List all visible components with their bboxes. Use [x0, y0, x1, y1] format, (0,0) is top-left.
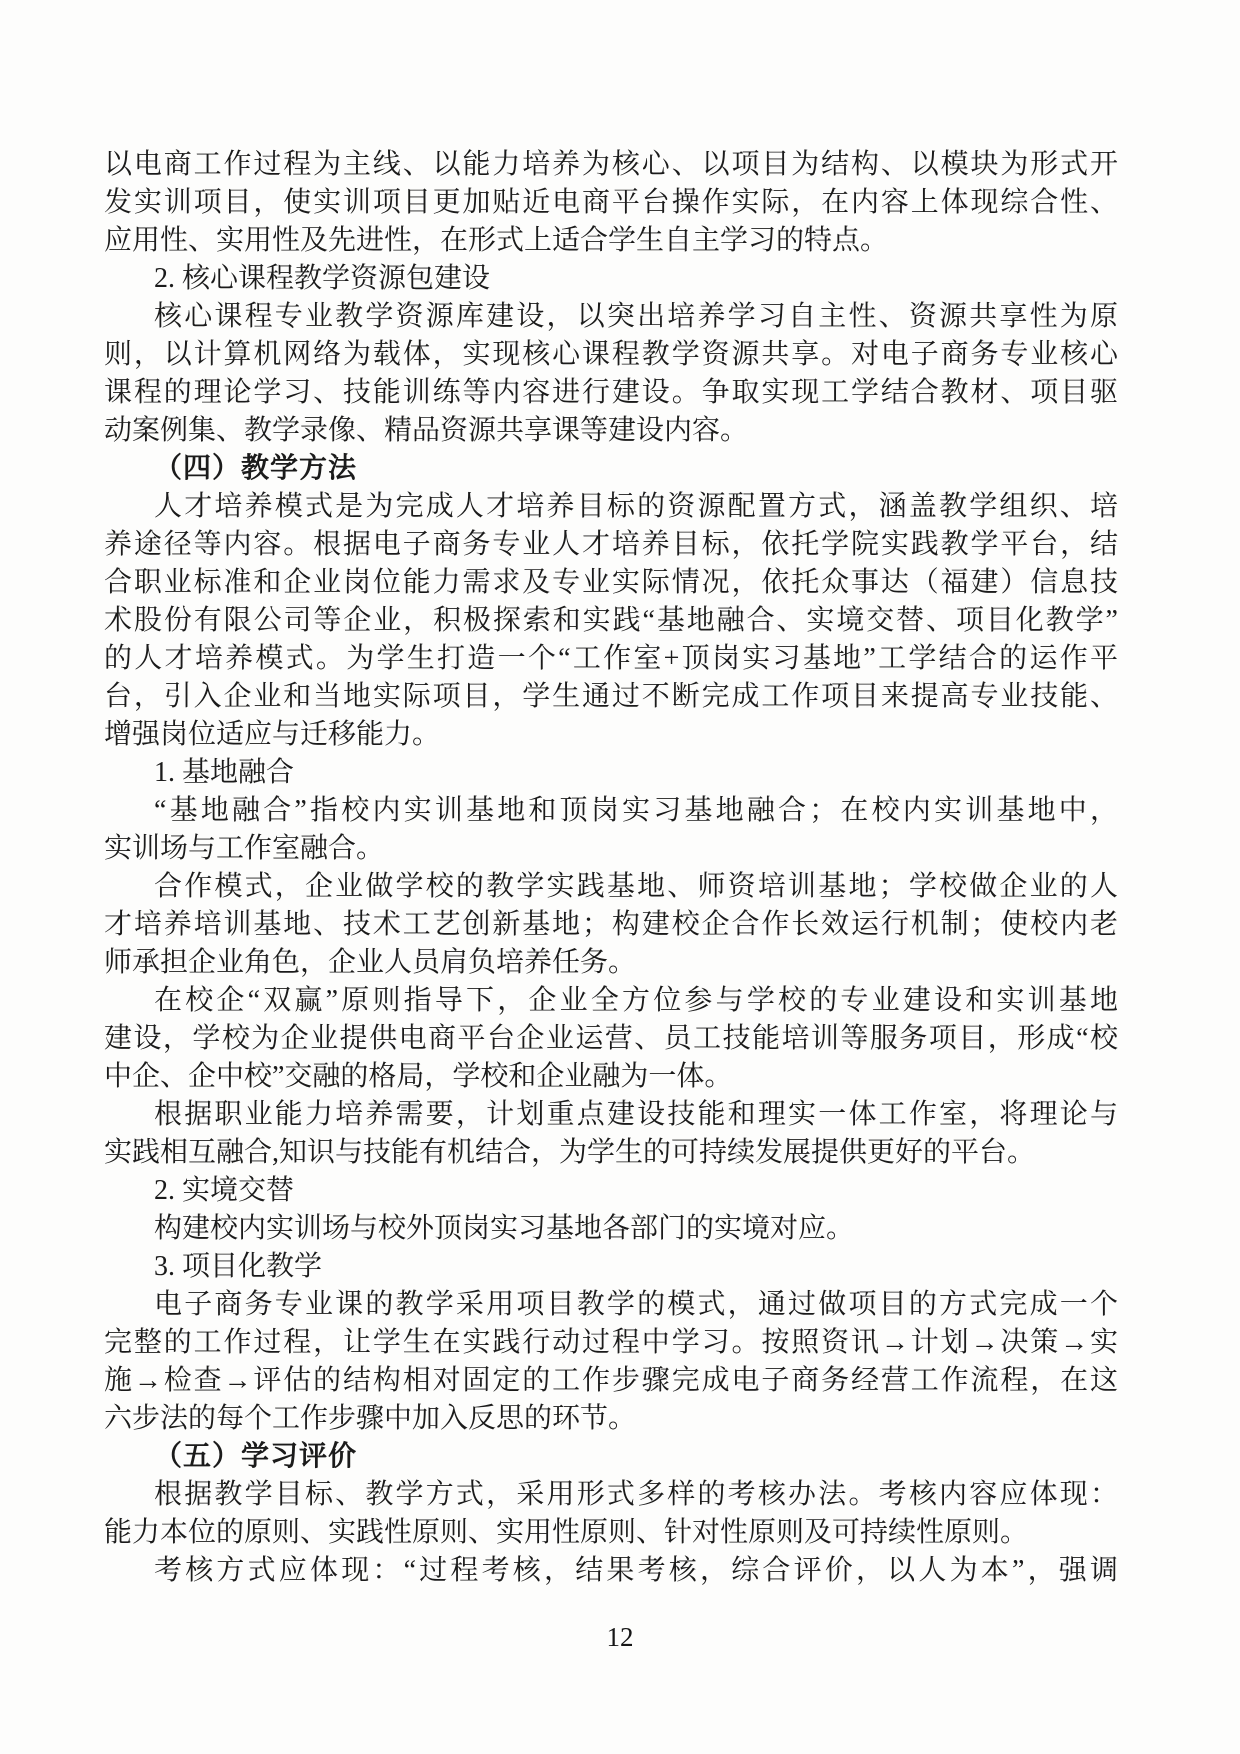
- numbered-heading: 2. 核心课程教学资源包建设: [104, 260, 1118, 298]
- paragraph: 根据职业能力培养需要，计划重点建设技能和理实一体工作室，将理论与实践相互融合,知…: [104, 1096, 1118, 1172]
- paragraph: 人才培养模式是为完成人才培养目标的资源配置方式，涵盖教学组织、培养途径等内容。根…: [104, 488, 1118, 754]
- section-heading: （五）学习评价: [104, 1438, 1118, 1476]
- text-line: 根据职业能力培养需要，计划重点建设技能和理实一体工作室，将理论与: [104, 1096, 1118, 1134]
- numbered-heading: 1. 基地融合: [104, 754, 1118, 792]
- text-line: 师承担企业角色，企业人员肩负培养任务。: [104, 944, 1118, 982]
- text-line: 1. 基地融合: [104, 754, 1118, 792]
- text-line: 电子商务专业课的教学采用项目教学的模式，通过做项目的方式完成一个: [104, 1286, 1118, 1324]
- text-line: 能力本位的原则、实践性原则、实用性原则、针对性原则及可持续性原则。: [104, 1514, 1118, 1552]
- text-line: 发实训项目，使实训项目更加贴近电商平台操作实际，在内容上体现综合性、: [104, 184, 1118, 222]
- text-line: 六步法的每个工作步骤中加入反思的环节。: [104, 1400, 1118, 1438]
- text-line: 核心课程专业教学资源库建设，以突出培养学习自主性、资源共享性为原: [104, 298, 1118, 336]
- text-line: 应用性、实用性及先进性，在形式上适合学生自主学习的特点。: [104, 222, 1118, 260]
- text-line: 合职业标准和企业岗位能力需求及专业实际情况，依托众事达（福建）信息技: [104, 564, 1118, 602]
- text-line: 课程的理论学习、技能训练等内容进行建设。争取实现工学结合教材、项目驱: [104, 374, 1118, 412]
- text-line: 建设，学校为企业提供电商平台企业运营、员工技能培训等服务项目，形成“校: [104, 1020, 1118, 1058]
- text-line: 3. 项目化教学: [104, 1248, 1118, 1286]
- text-line: 台，引入企业和当地实际项目，学生通过不断完成工作项目来提高专业技能、: [104, 678, 1118, 716]
- paragraph: 构建校内实训场与校外顶岗实习基地各部门的实境对应。: [104, 1210, 1118, 1248]
- text-line: （四）教学方法: [104, 450, 1118, 488]
- text-line: 术股份有限公司等企业，积极探索和实践“基地融合、实境交替、项目化教学”: [104, 602, 1118, 640]
- numbered-heading: 3. 项目化教学: [104, 1248, 1118, 1286]
- text-line: 实训场与工作室融合。: [104, 830, 1118, 868]
- paragraph: 电子商务专业课的教学采用项目教学的模式，通过做项目的方式完成一个完整的工作过程，…: [104, 1286, 1118, 1438]
- text-line: 动案例集、教学录像、精品资源共享课等建设内容。: [104, 412, 1118, 450]
- text-line: 施→检查→评估的结构相对固定的工作步骤完成电子商务经营工作流程，在这: [104, 1362, 1118, 1400]
- text-line: 的人才培养模式。为学生打造一个“工作室+顶岗实习基地”工学结合的运作平: [104, 640, 1118, 678]
- text-line: 2. 核心课程教学资源包建设: [104, 260, 1118, 298]
- paragraph: “基地融合”指校内实训基地和顶岗实习基地融合；在校内实训基地中，实训场与工作室融…: [104, 792, 1118, 868]
- text-line: 则，以计算机网络为载体，实现核心课程教学资源共享。对电子商务专业核心: [104, 336, 1118, 374]
- text-line: 养途径等内容。根据电子商务专业人才培养目标，依托学院实践教学平台，结: [104, 526, 1118, 564]
- text-line: 中企、企中校”交融的格局，学校和企业融为一体。: [104, 1058, 1118, 1096]
- paragraph: 在校企“双赢”原则指导下，企业全方位参与学校的专业建设和实训基地建设，学校为企业…: [104, 982, 1118, 1096]
- text-line: 增强岗位适应与迁移能力。: [104, 716, 1118, 754]
- document-page: 以电商工作过程为主线、以能力培养为核心、以项目为结构、以模块为形式开发实训项目，…: [0, 0, 1240, 1754]
- document-body: 以电商工作过程为主线、以能力培养为核心、以项目为结构、以模块为形式开发实训项目，…: [104, 146, 1118, 1590]
- text-line: 根据教学目标、教学方式，采用形式多样的考核办法。考核内容应体现：: [104, 1476, 1118, 1514]
- text-line: 构建校内实训场与校外顶岗实习基地各部门的实境对应。: [104, 1210, 1118, 1248]
- text-line: 以电商工作过程为主线、以能力培养为核心、以项目为结构、以模块为形式开: [104, 146, 1118, 184]
- text-line: 才培养培训基地、技术工艺创新基地；构建校企合作长效运行机制；使校内老: [104, 906, 1118, 944]
- page-number: 12: [0, 1621, 1240, 1653]
- text-line: “基地融合”指校内实训基地和顶岗实习基地融合；在校内实训基地中，: [104, 792, 1118, 830]
- text-line: 实践相互融合,知识与技能有机结合，为学生的可持续发展提供更好的平台。: [104, 1134, 1118, 1172]
- numbered-heading: 2. 实境交替: [104, 1172, 1118, 1210]
- paragraph: 以电商工作过程为主线、以能力培养为核心、以项目为结构、以模块为形式开发实训项目，…: [104, 146, 1118, 260]
- text-line: 2. 实境交替: [104, 1172, 1118, 1210]
- text-line: 考核方式应体现：“过程考核，结果考核，综合评价，以人为本”，强调: [104, 1552, 1118, 1590]
- text-line: （五）学习评价: [104, 1438, 1118, 1476]
- paragraph: 根据教学目标、教学方式，采用形式多样的考核办法。考核内容应体现：能力本位的原则、…: [104, 1476, 1118, 1552]
- section-heading: （四）教学方法: [104, 450, 1118, 488]
- text-line: 在校企“双赢”原则指导下，企业全方位参与学校的专业建设和实训基地: [104, 982, 1118, 1020]
- text-line: 完整的工作过程，让学生在实践行动过程中学习。按照资讯→计划→决策→实: [104, 1324, 1118, 1362]
- text-line: 人才培养模式是为完成人才培养目标的资源配置方式，涵盖教学组织、培: [104, 488, 1118, 526]
- paragraph: 考核方式应体现：“过程考核，结果考核，综合评价，以人为本”，强调: [104, 1552, 1118, 1590]
- text-line: 合作模式，企业做学校的教学实践基地、师资培训基地；学校做企业的人: [104, 868, 1118, 906]
- paragraph: 合作模式，企业做学校的教学实践基地、师资培训基地；学校做企业的人才培养培训基地、…: [104, 868, 1118, 982]
- paragraph: 核心课程专业教学资源库建设，以突出培养学习自主性、资源共享性为原则，以计算机网络…: [104, 298, 1118, 450]
